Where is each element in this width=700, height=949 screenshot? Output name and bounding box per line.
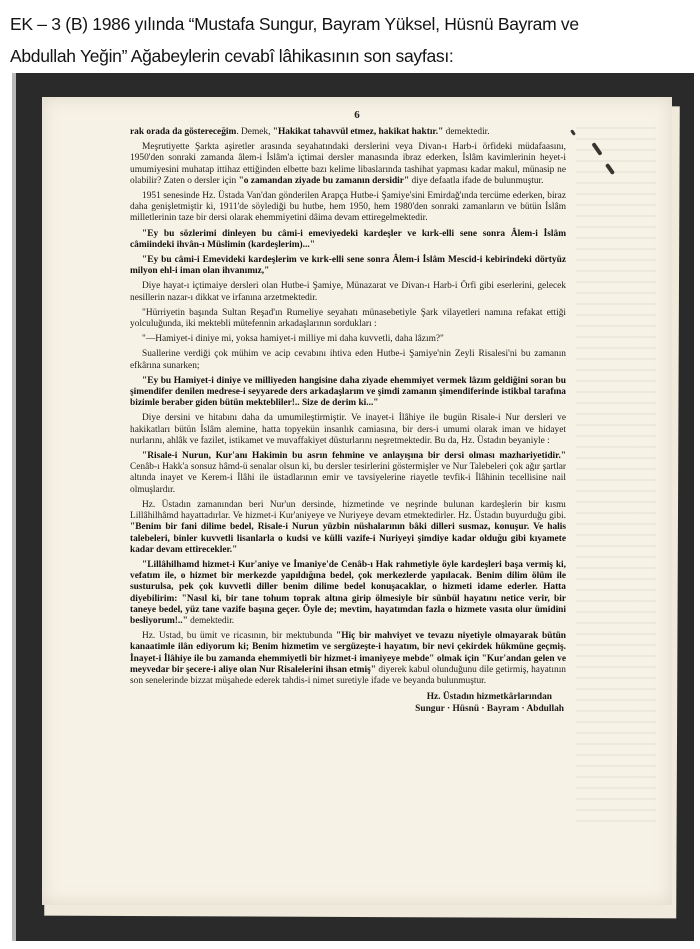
text-run: Hz. Ustad, bu ümit ve ricasının, bir mek… <box>142 631 336 641</box>
paragraph: Meşrutiyette Şarkta aşiretler arasında s… <box>130 142 566 187</box>
paragraph: Hz. Üstadın zamanından beri Nur'un dersi… <box>130 500 566 556</box>
caption-line-1: EK – 3 (B) 1986 yılında “Mustafa Sungur,… <box>10 8 690 40</box>
paragraph: "Lillâhilhamd hizmet-i Kur'aniye ve İman… <box>130 560 566 627</box>
text-run: Diye dersini ve hitabını daha da umumile… <box>130 413 566 445</box>
bleed-through-text <box>576 127 656 827</box>
text-run: "—Hamiyet-i diniye mi, yoksa hamiyet-i m… <box>142 334 444 344</box>
paragraph: rak orada da göstereceğim. Demek, "Hakik… <box>130 127 566 138</box>
bold-quote: "Benim bir fani dilime bedel, Risale-i N… <box>130 522 566 554</box>
page-number: 6 <box>342 109 372 121</box>
text-run: demektedir. <box>443 127 489 137</box>
caption-line-2: Abdullah Yeğin” Ağabeylerin cevabî lâhik… <box>10 40 690 72</box>
signature-line1: Hz. Üstadın hizmetkârlarından <box>130 691 564 703</box>
document-caption: EK – 3 (B) 1986 yılında “Mustafa Sungur,… <box>10 8 690 72</box>
paragraph: Suallerine verdiği çok mühim ve acip cev… <box>130 349 566 371</box>
paper-sheet: 6 rak orada da göstereceğim. Demek, "Hak… <box>42 97 672 905</box>
text-run: Suallerine verdiği çok mühim ve acip cev… <box>130 349 566 370</box>
bold-quote: "Hakikat tahavvül etmez, hakikat haktır.… <box>273 127 444 137</box>
paragraph: "Ey bu sözlerimi dinleyen bu câmi-i emev… <box>130 229 566 251</box>
document-body: rak orada da göstereceğim. Demek, "Hakik… <box>130 127 566 715</box>
scanned-page-image: 6 rak orada da göstereceğim. Demek, "Hak… <box>12 73 694 941</box>
signature-block: Hz. Üstadın hizmetkârlarındanSungur · Hü… <box>130 691 566 715</box>
bold-quote: "Ey bu sözlerimi dinleyen bu câmi-i emev… <box>130 229 566 250</box>
text-run: demektedir. <box>188 616 234 626</box>
paragraph: Hz. Ustad, bu ümit ve ricasının, bir mek… <box>130 631 566 687</box>
text-run: . Demek, <box>236 127 272 137</box>
text-run: "Hürriyetin başında Sultan Reşad'ın Rume… <box>130 308 566 329</box>
paragraph: "Ey bu Hamiyet-i diniye ve milliyeden ha… <box>130 376 566 410</box>
bold-quote: "Ey bu câmi-i Emevideki kardeşlerim ve k… <box>130 255 566 276</box>
paragraph: "Hürriyetin başında Sultan Reşad'ın Rume… <box>130 308 566 330</box>
ink-marks-icon <box>562 117 622 177</box>
text-run: Cenâb-ı Hakk'a sonsuz hâmd-ü senalar ols… <box>130 462 566 494</box>
bold-quote: "Risale-i Nurun, Kur'anı Hakimin bu asrı… <box>142 451 566 461</box>
paragraph: 1951 senesinde Hz. Üstada Van'dan gönder… <box>130 191 566 225</box>
bold-quote: "o zamandan ziyade bu zamanın dersidir" <box>239 176 410 186</box>
paragraph: "Risale-i Nurun, Kur'anı Hakimin bu asrı… <box>130 451 566 496</box>
paragraph: "—Hamiyet-i diniye mi, yoksa hamiyet-i m… <box>130 334 566 345</box>
text-run: 1951 senesinde Hz. Üstada Van'dan gönder… <box>130 191 566 223</box>
signature-line2: Sungur · Hüsnü · Bayram · Abdullah <box>130 703 564 715</box>
bold-quote: rak orada da göstereceğim <box>130 127 236 137</box>
paragraph: "Ey bu câmi-i Emevideki kardeşlerim ve k… <box>130 255 566 277</box>
bold-quote: "Ey bu Hamiyet-i diniye ve milliyeden ha… <box>130 376 566 408</box>
text-run: diye defaatla ifade de bulunmuştur. <box>409 176 543 186</box>
paragraph: Diye hayat-ı içtimaiye dersleri olan Hut… <box>130 281 566 303</box>
text-run: Hz. Üstadın zamanından beri Nur'un dersi… <box>130 500 566 521</box>
text-run: Diye hayat-ı içtimaiye dersleri olan Hut… <box>130 281 566 302</box>
paragraph: Diye dersini ve hitabını daha da umumile… <box>130 413 566 447</box>
